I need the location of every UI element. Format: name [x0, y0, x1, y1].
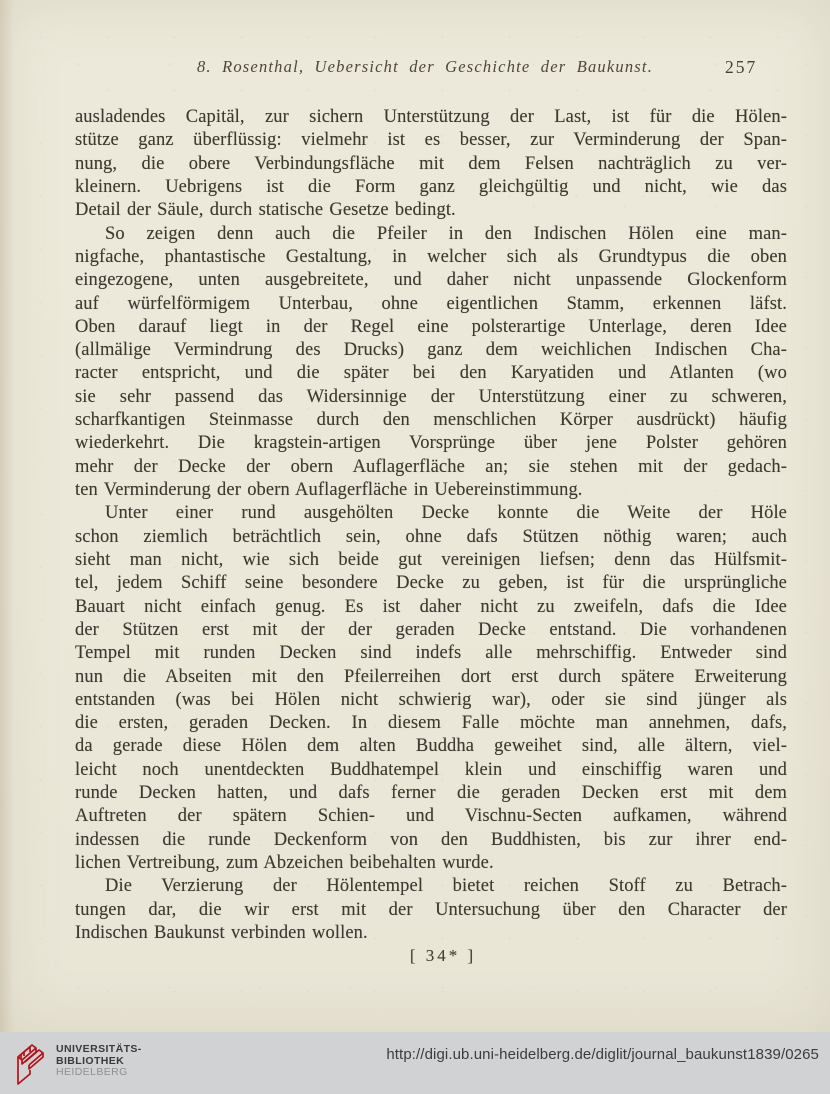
text-line: Auftreten der spätern Schien- und Vischn… — [75, 805, 787, 828]
sheet-signature: [ 34* ] — [87, 946, 799, 966]
text-line: Detail der Säule, durch statische Gesetz… — [75, 199, 787, 222]
text-line: Bauart nicht einfach genug. Es ist daher… — [75, 596, 787, 619]
text-line: entstanden (was bei Hölen nicht schwieri… — [75, 689, 787, 712]
page-number: 257 — [725, 57, 757, 78]
text-line: ausladendes Capitäl, zur sichern Unterst… — [75, 106, 787, 129]
text-line: mehr der Decke der obern Auflagerfläche … — [75, 456, 787, 479]
library-name: UNIVERSITÄTS- BIBLIOTHEK HEIDELBERG — [56, 1039, 142, 1079]
text-line: kleinern. Uebrigens ist die Form ganz gl… — [75, 176, 787, 199]
text-line: stütze ganz überflüssig: vielmehr ist es… — [75, 129, 787, 152]
text-line: Die Verzierung der Hölentempel bietet re… — [75, 875, 787, 898]
source-url: http://digi.ub.uni-heidelberg.de/diglit/… — [386, 1046, 819, 1063]
text-line: Tempel mit runden Decken sind indefs all… — [75, 642, 787, 665]
text-line: sie sehr passend das Widersinnige der Un… — [75, 386, 787, 409]
text-line: Oben darauf liegt in der Regel eine pols… — [75, 316, 787, 339]
running-title: 8. Rosenthal, Uebersicht der Geschichte … — [69, 57, 781, 77]
text-line: nun die Abseiten mit den Pfeilerreihen d… — [75, 666, 787, 689]
text-line: tungen dar, die wir erst mit der Untersu… — [75, 899, 787, 922]
text-line: nigfache, phantastische Gestaltung, in w… — [75, 246, 787, 269]
text-line: (allmälige Vermindrung des Drucks) ganz … — [75, 339, 787, 362]
scanned-page: 8. Rosenthal, Uebersicht der Geschichte … — [0, 0, 830, 1032]
library-name-line1: UNIVERSITÄTS- — [56, 1044, 142, 1056]
text-line: der Stützen erst mit der der geraden Dec… — [75, 619, 787, 642]
text-line: sieht man nicht, wie sich beide gut vere… — [75, 549, 787, 572]
text-line: wiederkehrt. Die kragstein-artigen Vorsp… — [75, 432, 787, 455]
text-line: Unter einer rund ausgehölten Decke konnt… — [75, 502, 787, 525]
text-line: racter entspricht, und die später bei de… — [75, 362, 787, 385]
page-header: 8. Rosenthal, Uebersicht der Geschichte … — [75, 57, 787, 81]
text-line: nung, die obere Verbindungsfläche mit de… — [75, 153, 787, 176]
text-line: ten Verminderung der obern Auflagerfläch… — [75, 479, 787, 502]
text-line: auf würfelförmigem Unterbau, ohne eigent… — [75, 293, 787, 316]
text-line: da gerade diese Hölen dem alten Buddha g… — [75, 735, 787, 758]
text-line: indessen die runde Deckenform von den Bu… — [75, 829, 787, 852]
text-line: leicht noch unentdeckten Buddhatempel kl… — [75, 759, 787, 782]
heidelberg-logo-icon — [13, 1040, 47, 1086]
library-brand: UNIVERSITÄTS- BIBLIOTHEK HEIDELBERG — [13, 1039, 142, 1086]
text-line: lichen Vertreibung, zum Abzeichen beibeh… — [75, 852, 787, 875]
library-name-line3: HEIDELBERG — [56, 1067, 142, 1079]
text-line: Indischen Baukunst verbinden wollen. — [75, 922, 787, 945]
text-line: schon ziemlich beträchtlich sein, ohne d… — [75, 526, 787, 549]
text-line: die ersten, geraden Decken. In diesem Fa… — [75, 712, 787, 735]
text-line: runde Decken hatten, und dafs ferner die… — [75, 782, 787, 805]
viewer-footer-bar: UNIVERSITÄTS- BIBLIOTHEK HEIDELBERG http… — [0, 1032, 830, 1094]
text-line: scharfkantigen Steinmasse durch den mens… — [75, 409, 787, 432]
page-text: ausladendes Capitäl, zur sichern Unterst… — [75, 106, 787, 945]
text-line: So zeigen denn auch die Pfeiler in den I… — [75, 223, 787, 246]
text-line: eingezogene, unten ausgebreitete, und da… — [75, 269, 787, 292]
text-line: tel, jedem Schiff seine besondere Decke … — [75, 572, 787, 595]
